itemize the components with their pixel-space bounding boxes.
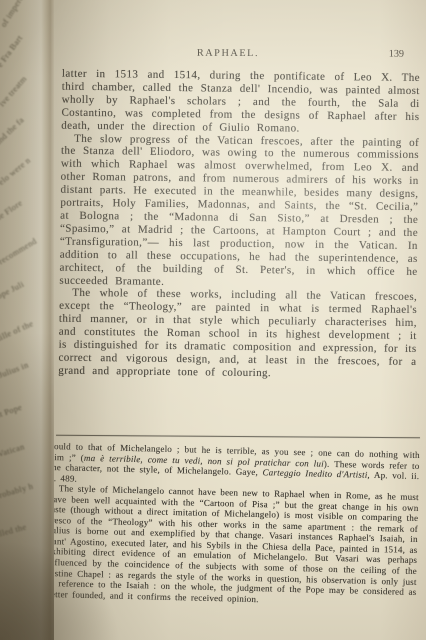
running-title: RAPHAEL. [62, 47, 420, 60]
page-content: RAPHAEL. 139 latter in 1513 and 1514, du… [62, 48, 420, 599]
page-edge-text-fragment: Pope Juli [0, 279, 26, 303]
book-photo: of imperc e Fra Bart ive treatm and the … [0, 0, 426, 640]
footnote-divider [56, 435, 420, 439]
previous-page-edge: of imperc e Fra Bart ive treatm and the … [0, 0, 54, 640]
footnotes: could to that of Michelangelo ; but he i… [46, 441, 420, 608]
page-edge-text-fragment: dille of the [0, 318, 35, 344]
page-edge-text-fragment: at Pope [0, 402, 23, 420]
footnote: The style of Michelangelo cannot have be… [46, 483, 419, 608]
page-edge-text-fragment: e Vatican [0, 441, 26, 460]
paragraph: The whole of these works, including all … [58, 287, 417, 382]
footnote-italic-text: Carteggio Inedito d'Artisti [262, 467, 367, 480]
book-page: RAPHAEL. 139 latter in 1513 and 1514, du… [54, 0, 426, 640]
running-header: RAPHAEL. 139 [62, 47, 420, 67]
page-edge-text-fragment: e Fra Bart [0, 33, 24, 69]
page-edge-text-fragment: called the [0, 522, 27, 541]
paragraph: latter in 1513 and 1514, during the pont… [61, 68, 420, 137]
page-edge-text-fragment: elo were n [0, 155, 32, 187]
page-edge-text-fragment: probably h [0, 481, 34, 502]
page-edge-text-fragment: and the fa [0, 115, 26, 148]
page-edge-text-fragment: of imperc [0, 0, 25, 29]
page-edge-text-fragment: the Flore [0, 198, 24, 225]
page-edge-text-fragment: recommend [0, 236, 38, 267]
page-number: 139 [389, 49, 404, 60]
page-edge-text-fragment: d Julius in [0, 359, 30, 382]
paragraph: The slow progress of the Vatican frescoe… [59, 132, 419, 291]
page-edge-text-fragment: ive treatm [0, 74, 29, 109]
main-text: latter in 1513 and 1514, during the pont… [58, 68, 420, 426]
